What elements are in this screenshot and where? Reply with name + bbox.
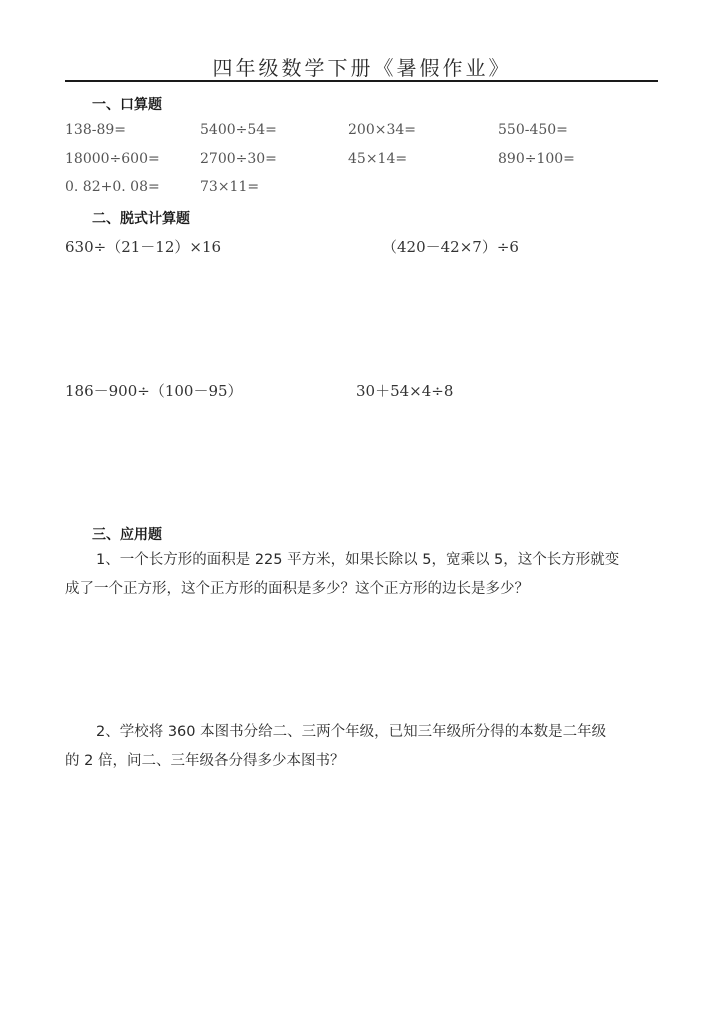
word-problem-1-line2: 成了一个正方形，这个正方形的面积是多少？这个正方形的边长是多少？ [65, 575, 529, 604]
word-problem-2-line2: 的 2 倍，问二、三年级各分得多少本图书？ [65, 747, 344, 776]
calc-problem-4: 30＋54×4÷8 [356, 380, 453, 401]
word-problem-2-line1: 2、学校将 360 本图书分给二、三两个年级，已知三年级所分得的本数是二年级 [96, 718, 606, 747]
calc-problem-3: 186－900÷（100－95） [65, 380, 243, 401]
oral-problem: 45×14= [348, 151, 407, 167]
title-divider [65, 80, 658, 82]
section3-heading: 三、应用题 [92, 524, 162, 544]
oral-problem: 73×11= [200, 179, 259, 195]
oral-problem: 5400÷54= [200, 122, 277, 138]
section2-heading: 二、脱式计算题 [92, 208, 190, 228]
word-problem-1-line1: 1、一个长方形的面积是 225 平方米，如果长除以 5，宽乘以 5，这个长方形就… [96, 546, 619, 575]
oral-problem: 2700÷30= [200, 151, 277, 167]
oral-problem: 138-89= [65, 122, 126, 138]
oral-problem: 890÷100= [498, 151, 575, 167]
oral-problem: 18000÷600= [65, 151, 160, 167]
oral-problem: 200×34= [348, 122, 416, 138]
calc-problem-2: （420－42×7）÷6 [382, 236, 519, 257]
oral-problem: 550-450= [498, 122, 568, 138]
section1-heading: 一、口算题 [92, 94, 162, 114]
calc-problem-1: 630÷（21－12）×16 [65, 236, 221, 257]
document-title: 四年级数学下册《暑假作业》 [0, 52, 724, 81]
oral-problem: 0. 82+0. 08= [65, 179, 160, 195]
